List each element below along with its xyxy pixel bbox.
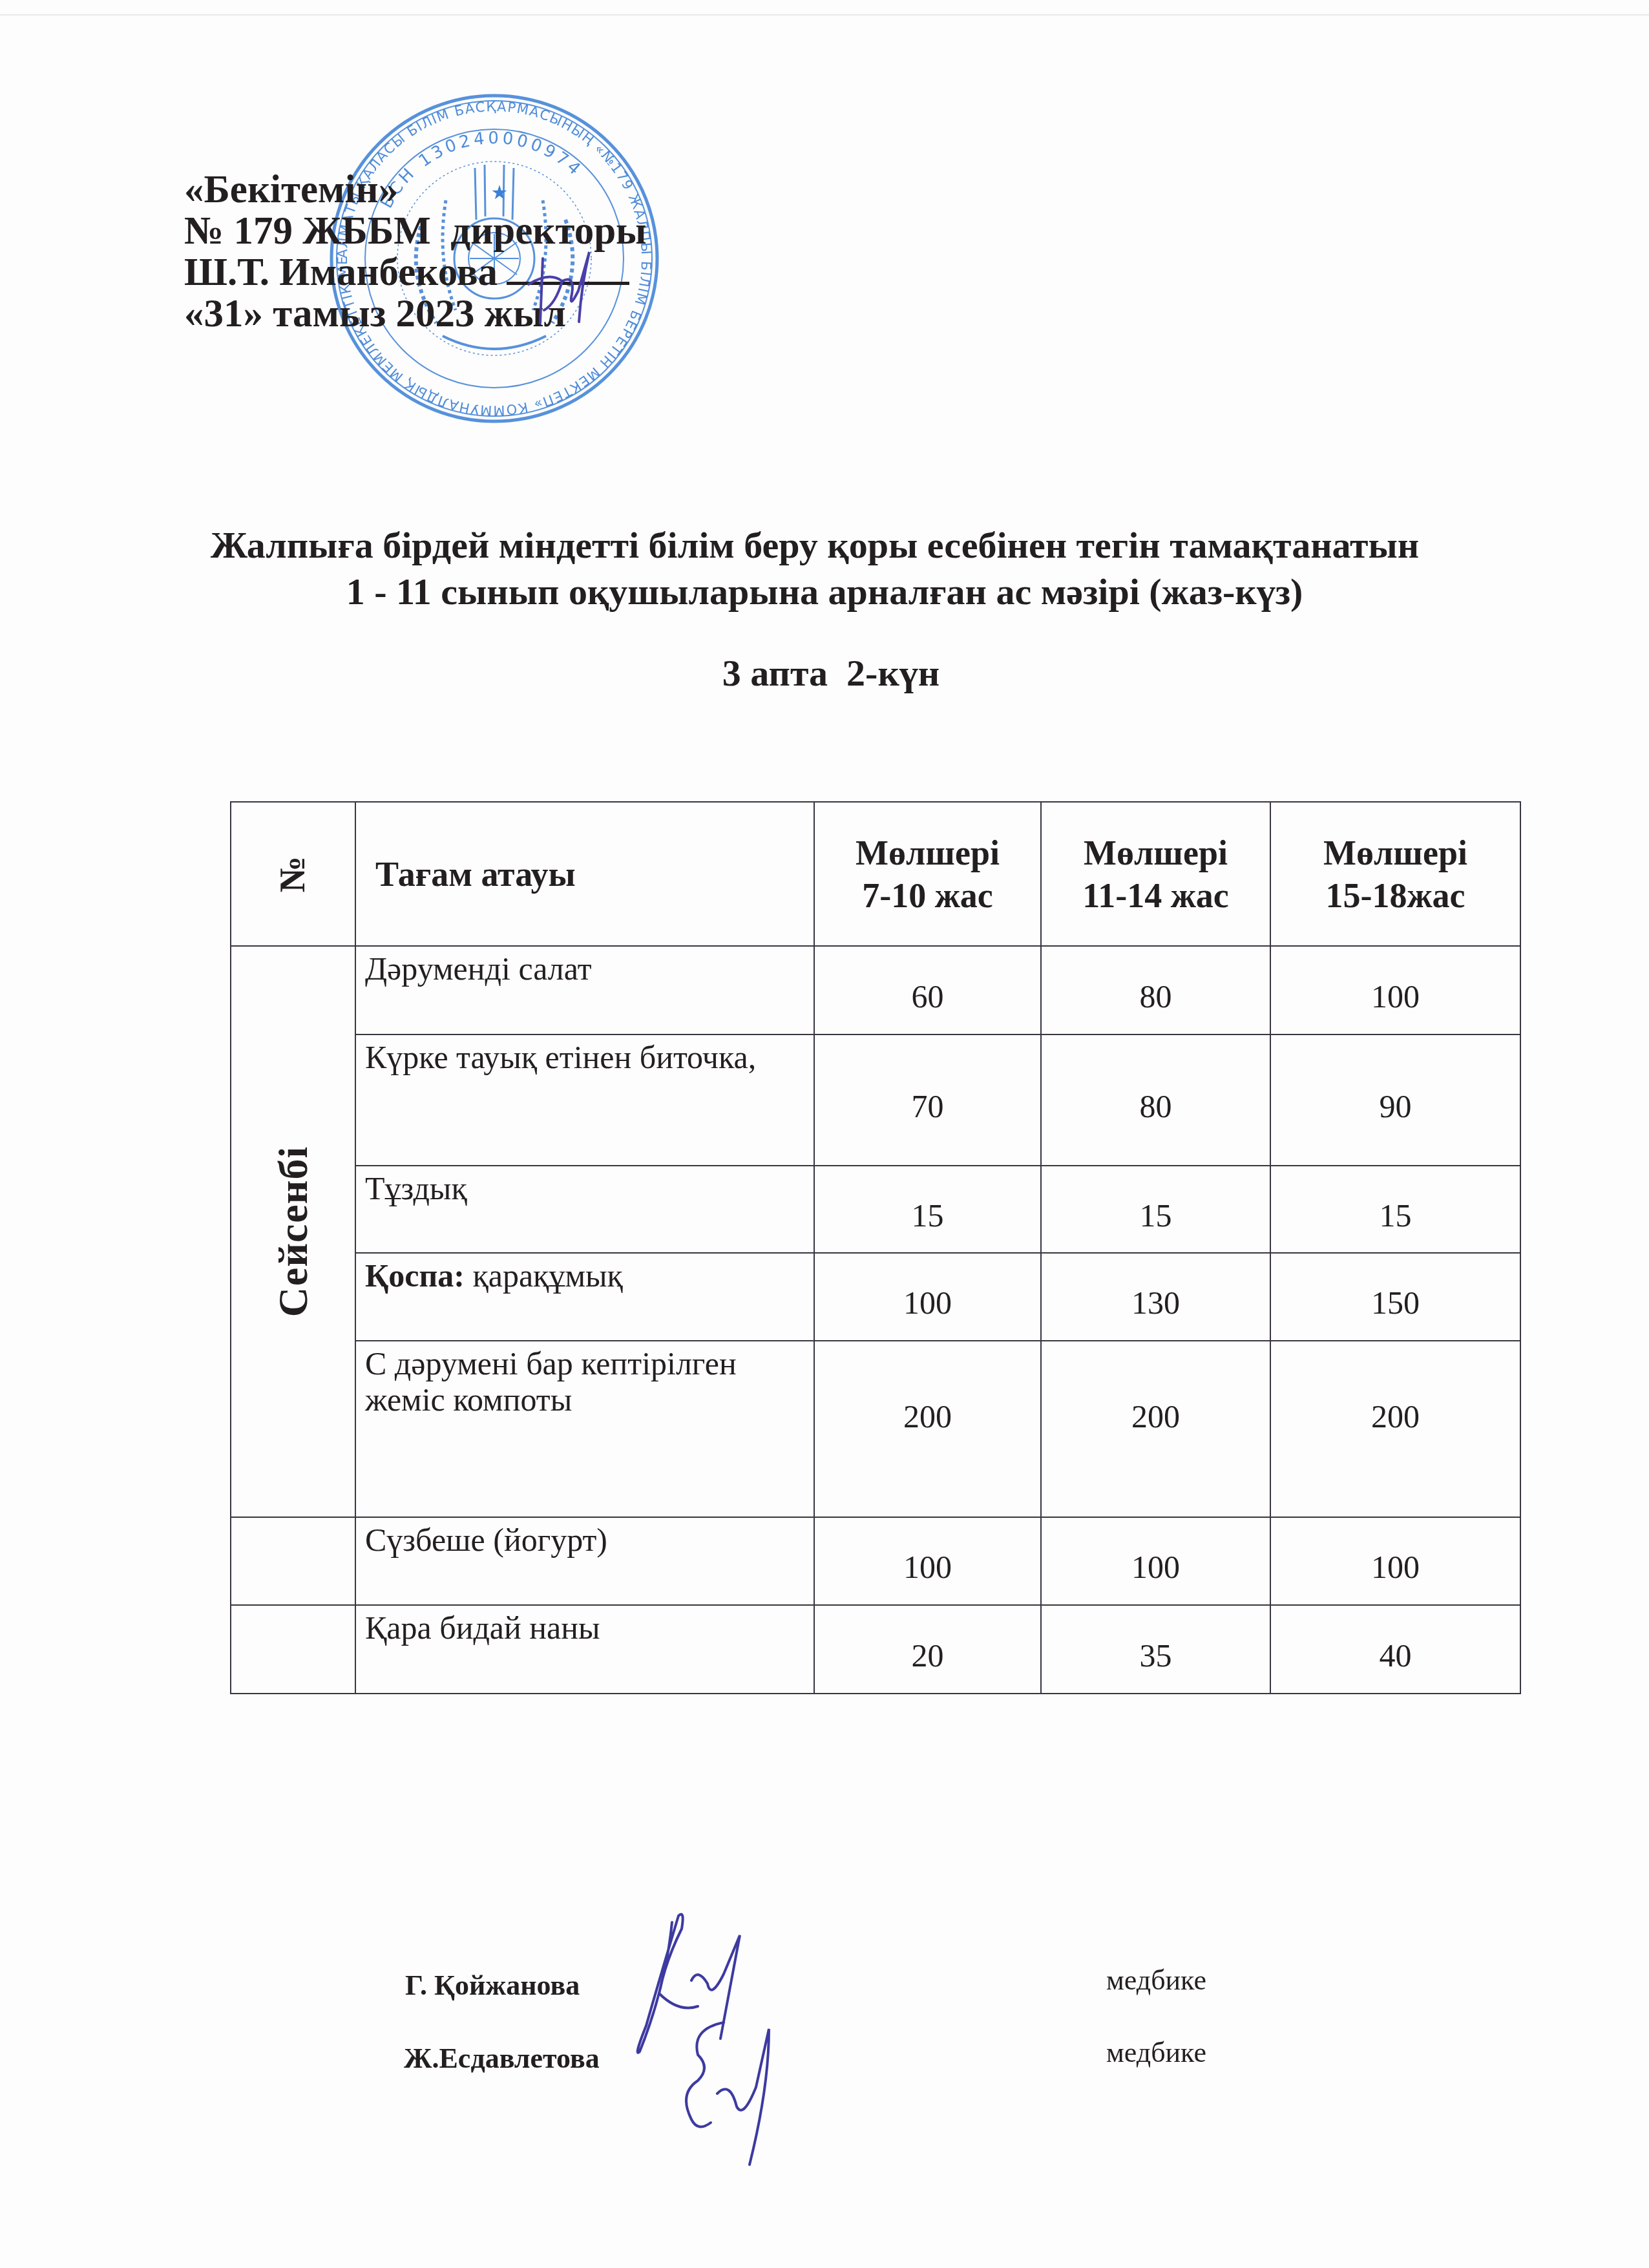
document-title: Жалпыға бірдей міндетті білім беру қоры … <box>0 522 1649 615</box>
scan-edge <box>0 14 1649 16</box>
qty-7-10: 100 <box>814 1517 1041 1605</box>
qty-15-18: 200 <box>1270 1341 1520 1517</box>
week-day-label: 3 апта 2-күн <box>0 653 1649 694</box>
qty-15-18: 100 <box>1270 1517 1520 1605</box>
qty-15-18: 40 <box>1270 1605 1520 1694</box>
signer-2-name: Ж.Есдавлетова <box>404 2042 600 2075</box>
qty-11-14: 130 <box>1041 1253 1270 1341</box>
approval-heading: «Бекітемін» <box>184 169 647 211</box>
qty-7-10: 100 <box>814 1253 1041 1341</box>
qty-11-14: 35 <box>1041 1605 1270 1694</box>
table-row: Қара бидай наны 20 35 40 <box>231 1605 1520 1694</box>
qty-15-18: 90 <box>1270 1034 1520 1166</box>
table-header-row: № Тағам атауы Мөлшері7-10 жас Мөлшері11-… <box>231 802 1520 946</box>
qty-15-18: 15 <box>1270 1166 1520 1253</box>
header-dish-name: Тағам атауы <box>355 802 814 946</box>
header-age-11-14: Мөлшері11-14 жас <box>1041 802 1270 946</box>
header-age-7-10: Мөлшері7-10 жас <box>814 802 1041 946</box>
dish-name: Қоспа: қарақұмық <box>355 1253 814 1341</box>
qty-15-18: 150 <box>1270 1253 1520 1341</box>
qty-7-10: 15 <box>814 1166 1041 1253</box>
qty-11-14: 15 <box>1041 1166 1270 1253</box>
table-row: Тұздық 15 15 15 <box>231 1166 1520 1253</box>
day-label: Сейсенбі <box>275 1146 311 1318</box>
title-line-2: 1 - 11 сынып оқушыларына арналған ас мәз… <box>0 569 1649 615</box>
qty-7-10: 60 <box>814 946 1041 1034</box>
signer-2-role: медбике <box>1106 2037 1206 2069</box>
dish-name: Дәруменді салат <box>355 946 814 1034</box>
table-row: Күрке тауық етінен биточка, 70 80 90 <box>231 1034 1520 1166</box>
dish-name: Тұздық <box>355 1166 814 1253</box>
menu-table: № Тағам атауы Мөлшері7-10 жас Мөлшері11-… <box>230 801 1521 1694</box>
dish-name: Күрке тауық етінен биточка, <box>355 1034 814 1166</box>
day-cell: Сейсенбі <box>231 946 355 1517</box>
dish-name: С дәрумені бар кептірілген жеміс компоты <box>355 1341 814 1517</box>
signer-1-name: Г. Қойжанова <box>405 1969 580 2002</box>
header-number: № <box>231 802 355 946</box>
director-name: Ш.Т. Иманбекова <box>184 251 498 294</box>
director-signature-icon <box>517 246 607 330</box>
title-line-1: Жалпыға бірдей міндетті білім беру қоры … <box>0 522 1649 569</box>
empty-day-cell <box>231 1517 355 1605</box>
table-row: Сүзбеше (йогурт) 100 100 100 <box>231 1517 1520 1605</box>
table-row: Сейсенбі Дәруменді салат 60 80 100 <box>231 946 1520 1034</box>
qty-11-14: 200 <box>1041 1341 1270 1517</box>
header-age-15-18: Мөлшері15-18жас <box>1270 802 1520 946</box>
qty-15-18: 100 <box>1270 946 1520 1034</box>
dish-prefix: Қоспа: <box>365 1257 465 1294</box>
table-row: С дәрумені бар кептірілген жеміс компоты… <box>231 1341 1520 1517</box>
signature-2-icon <box>672 2010 801 2178</box>
qty-7-10: 200 <box>814 1341 1041 1517</box>
empty-day-cell <box>231 1605 355 1694</box>
qty-11-14: 80 <box>1041 946 1270 1034</box>
signer-1-role: медбике <box>1106 1964 1206 1997</box>
qty-11-14: 80 <box>1041 1034 1270 1166</box>
qty-7-10: 20 <box>814 1605 1041 1694</box>
qty-11-14: 100 <box>1041 1517 1270 1605</box>
dish-name: Қара бидай наны <box>355 1605 814 1694</box>
table-row: Қоспа: қарақұмық 100 130 150 <box>231 1253 1520 1341</box>
dish-name: Сүзбеше (йогурт) <box>355 1517 814 1605</box>
qty-7-10: 70 <box>814 1034 1041 1166</box>
